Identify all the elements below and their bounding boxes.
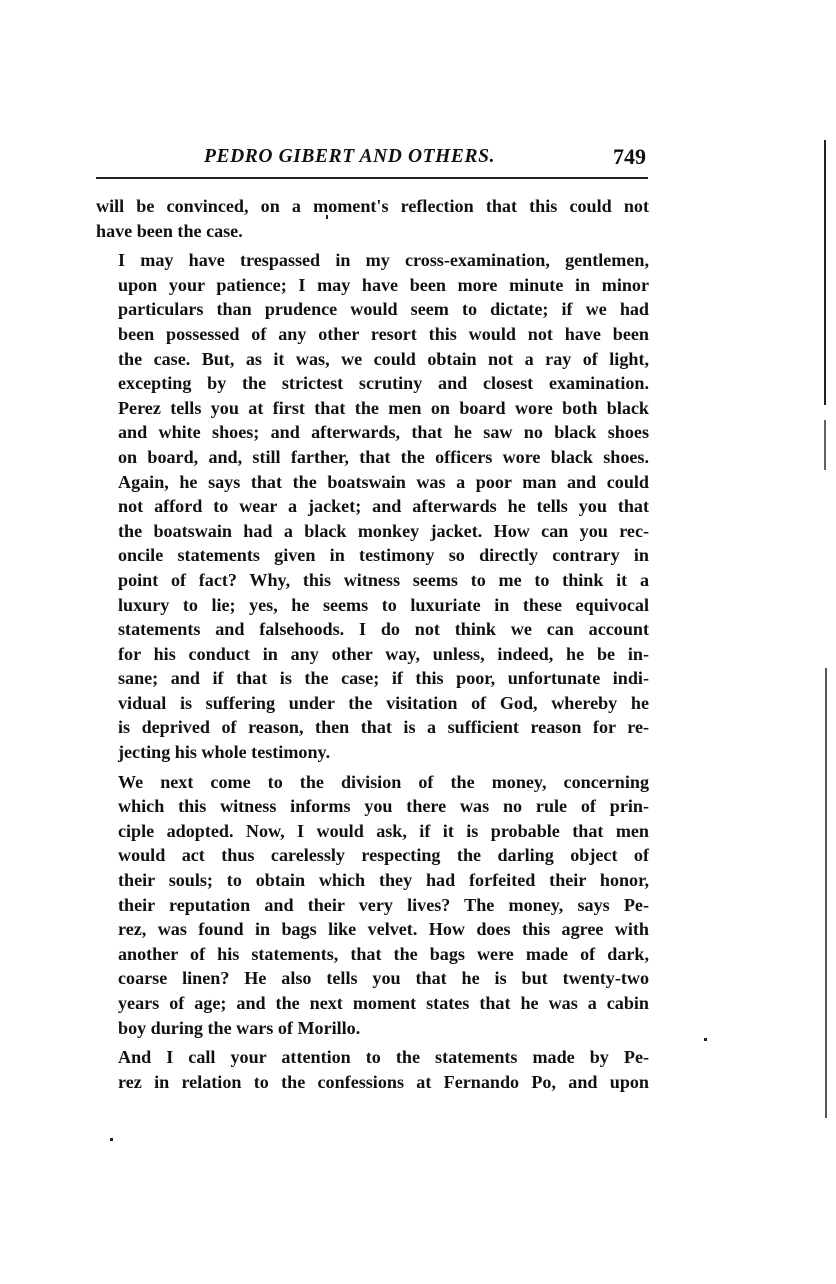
- scan-edge-mark: [824, 140, 826, 405]
- body-text: will be convinced, on a moment's reflect…: [96, 194, 649, 1094]
- paragraph: I may have trespassed in my cross-examin…: [96, 248, 649, 764]
- text-line: another of his statements, that the bags…: [96, 942, 649, 967]
- text-line: sane; and if that is the case; if this p…: [96, 666, 649, 691]
- text-line: on board, and, still farther, that the o…: [96, 445, 649, 470]
- scan-speck: [704, 1038, 707, 1041]
- scan-speck: [110, 1138, 113, 1141]
- text-line: particulars than prudence would seem to …: [96, 297, 649, 322]
- text-line: their reputation and their very lives? T…: [96, 893, 649, 918]
- page-number: 749: [613, 144, 646, 170]
- text-line: point of fact? Why, this witness seems t…: [96, 568, 649, 593]
- text-line: and white shoes; and afterwards, that he…: [96, 420, 649, 445]
- text-line: years of age; and the next moment states…: [96, 991, 649, 1016]
- text-line: upon your patience; I may have been more…: [96, 273, 649, 298]
- text-line: rez in relation to the confessions at Fe…: [96, 1070, 649, 1095]
- scan-speck: [326, 215, 328, 219]
- paragraph: We next come to the division of the mone…: [96, 770, 649, 1041]
- text-line: been possessed of any other resort this …: [96, 322, 649, 347]
- text-line: not afford to wear a jacket; and afterwa…: [96, 494, 649, 519]
- text-line: which this witness informs you there was…: [96, 794, 649, 819]
- text-line: the boatswain had a black monkey jacket.…: [96, 519, 649, 544]
- text-line: their souls; to obtain which they had fo…: [96, 868, 649, 893]
- scan-edge-mark: [825, 668, 827, 1118]
- text-line: the case. But, as it was, we could obtai…: [96, 347, 649, 372]
- text-line: statements and falsehoods. I do not thin…: [96, 617, 649, 642]
- text-line: vidual is suffering under the visitation…: [96, 691, 649, 716]
- text-line: for his conduct in any other way, unless…: [96, 642, 649, 667]
- text-line: We next come to the division of the mone…: [96, 770, 649, 795]
- text-line: jecting his whole testimony.: [96, 740, 649, 765]
- running-header: PEDRO GIBERT AND OTHERS. 749: [96, 143, 648, 175]
- text-line: And I call your attention to the stateme…: [96, 1045, 649, 1070]
- text-line: would act thus carelessly respecting the…: [96, 843, 649, 868]
- text-line: will be convinced, on a moment's reflect…: [96, 194, 649, 219]
- running-title: PEDRO GIBERT AND OTHERS.: [204, 146, 495, 168]
- text-line: Again, he says that the boatswain was a …: [96, 470, 649, 495]
- text-line: oncile statements given in testimony so …: [96, 543, 649, 568]
- text-line: I may have trespassed in my cross-examin…: [96, 248, 649, 273]
- text-line: excepting by the strictest scrutiny and …: [96, 371, 649, 396]
- header-rule: [96, 177, 648, 179]
- text-line: have been the case.: [96, 219, 649, 244]
- text-line: boy during the wars of Morillo.: [96, 1016, 649, 1041]
- text-line: rez, was found in bags like velvet. How …: [96, 917, 649, 942]
- text-line: Perez tells you at first that the men on…: [96, 396, 649, 421]
- scan-edge-mark: [824, 420, 826, 470]
- paragraph: And I call your attention to the stateme…: [96, 1045, 649, 1094]
- text-line: ciple adopted. Now, I would ask, if it i…: [96, 819, 649, 844]
- text-line: coarse linen? He also tells you that he …: [96, 966, 649, 991]
- paragraph: will be convinced, on a moment's reflect…: [96, 194, 649, 243]
- text-line: luxury to lie; yes, he seems to luxuriat…: [96, 593, 649, 618]
- text-line: is deprived of reason, then that is a su…: [96, 715, 649, 740]
